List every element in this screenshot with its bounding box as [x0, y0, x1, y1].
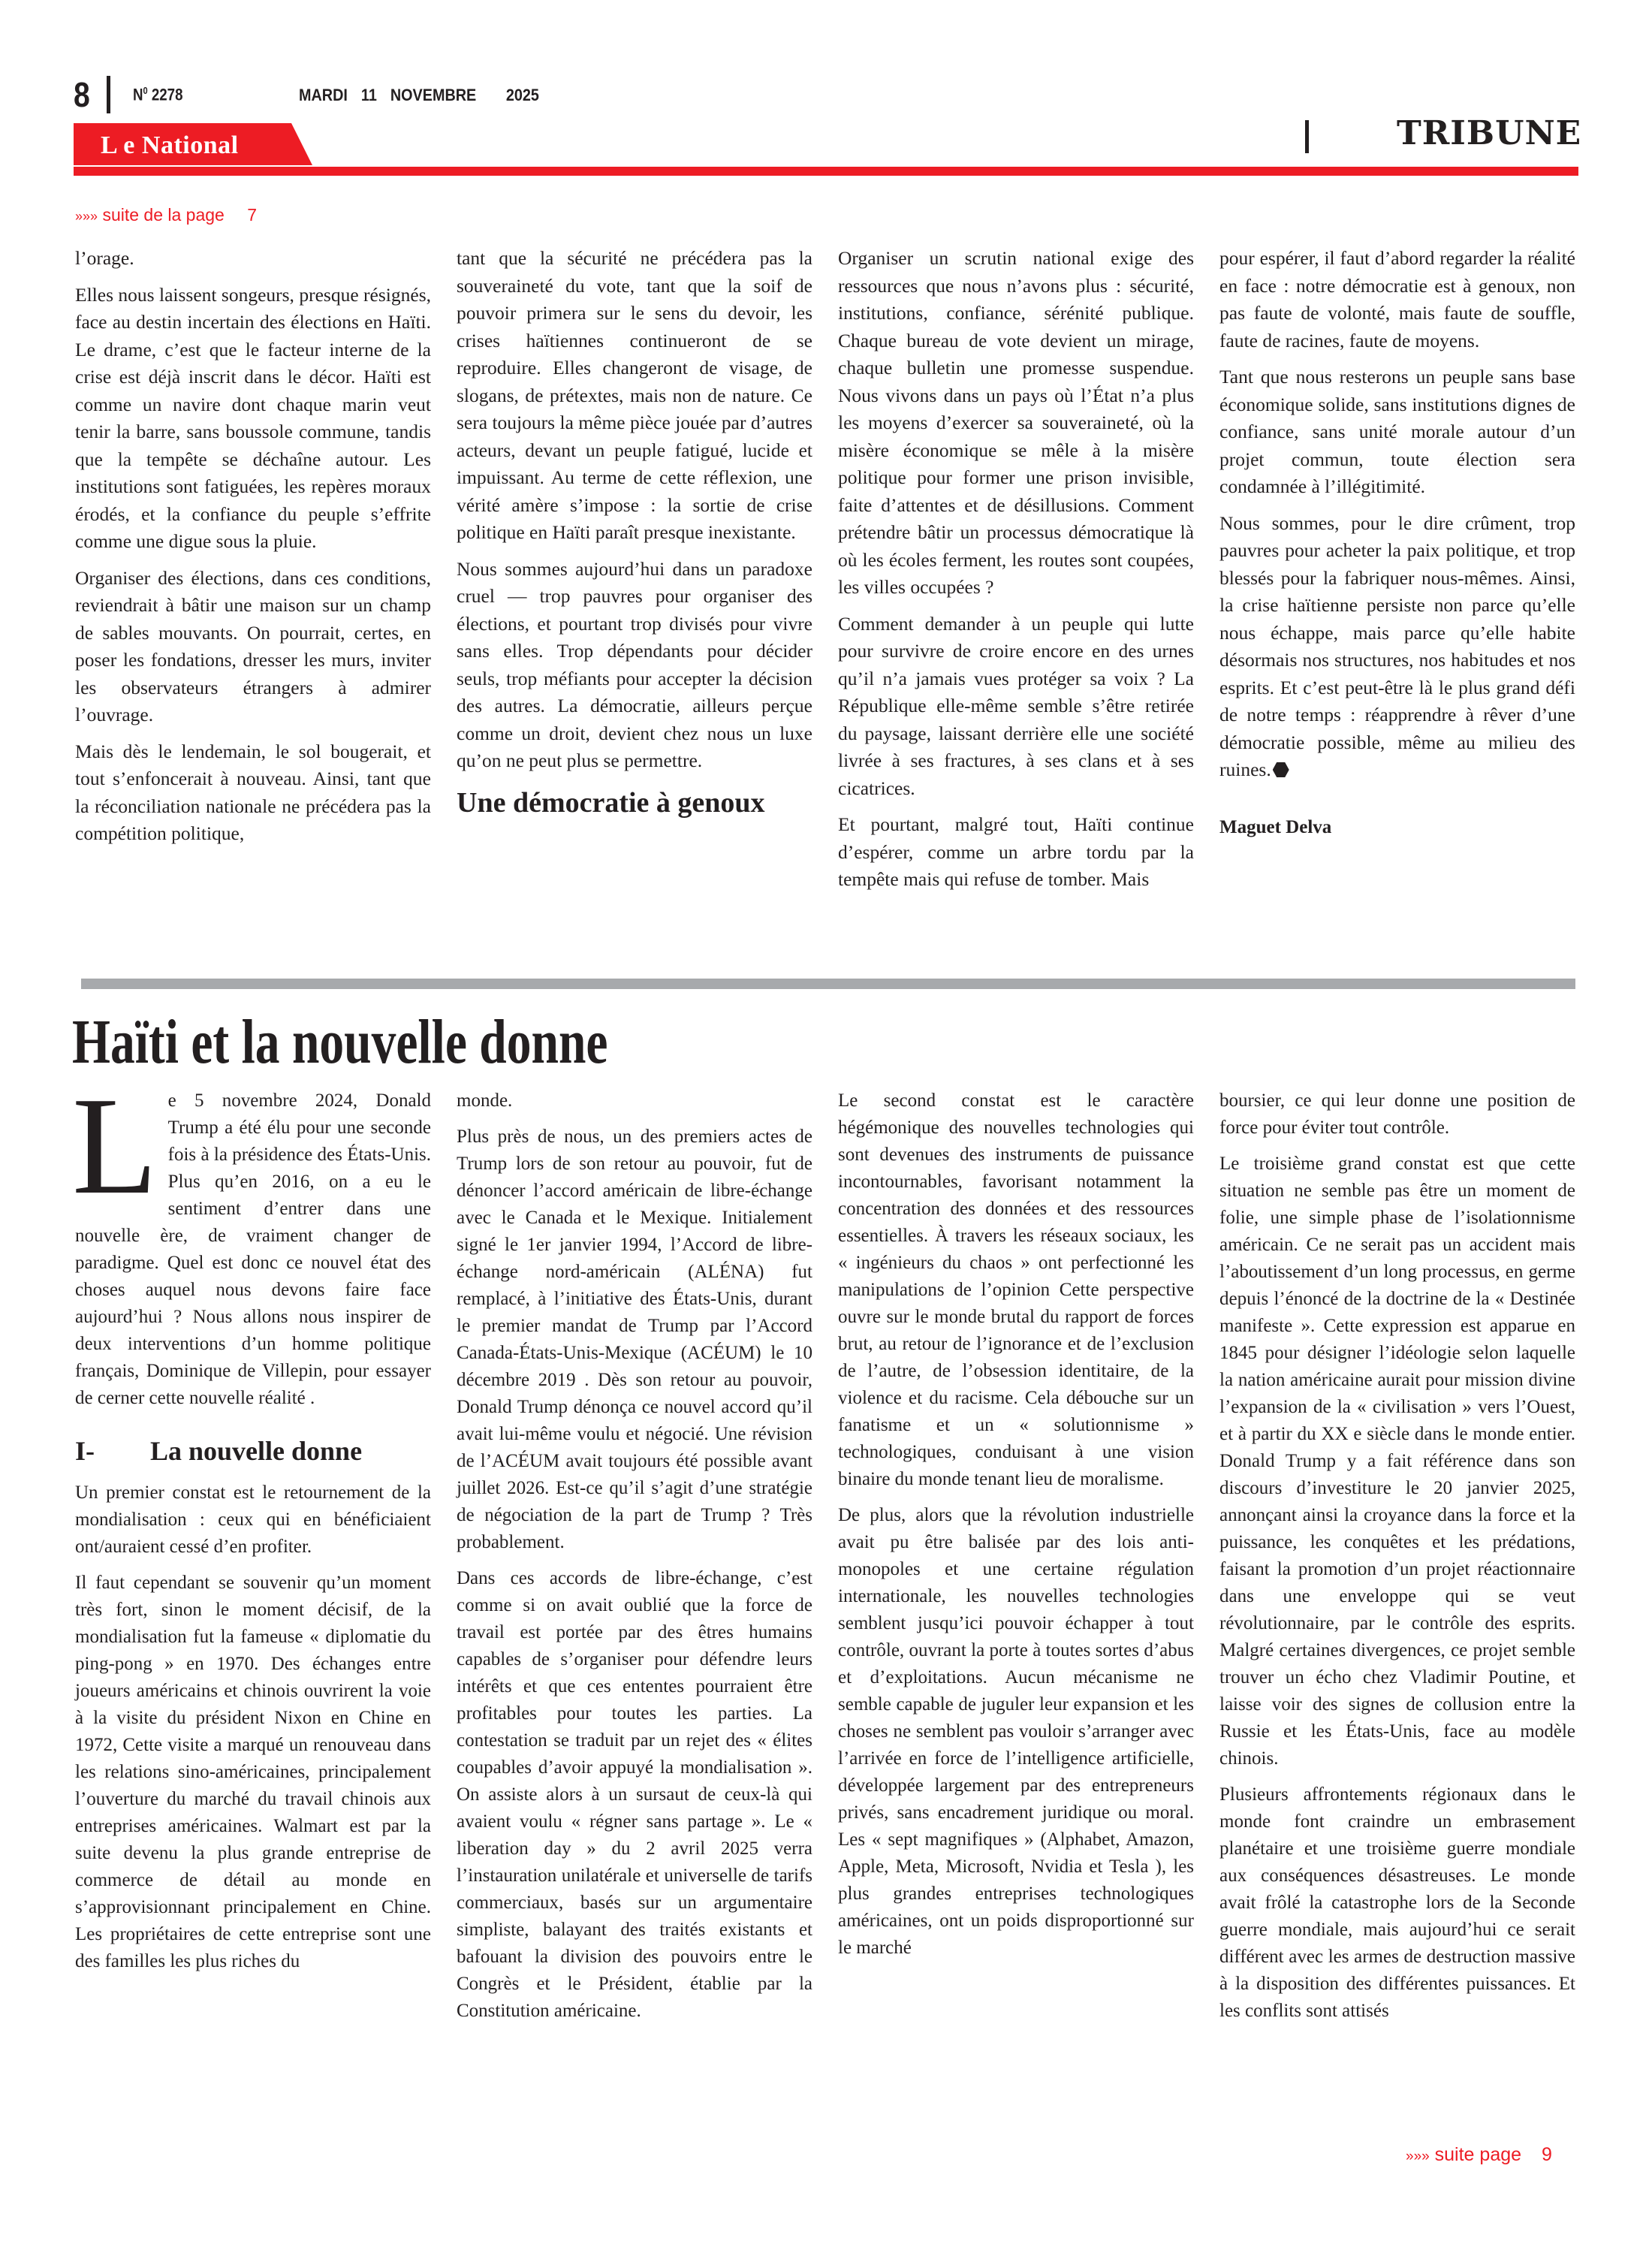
header-red-rule	[74, 167, 1578, 176]
subheading: Une démocratie à genoux	[457, 786, 812, 820]
paragraph: Organiser des élections, dans ces condit…	[75, 565, 431, 729]
divider	[107, 76, 110, 113]
paragraph: Plusieurs affrontements régionaux dans l…	[1219, 1781, 1575, 2025]
paragraph: monde.	[457, 1087, 812, 1114]
section-heading: I- La nouvelle donne	[75, 1434, 431, 1467]
paragraph-last: Nous sommes, pour le dire crûment, trop …	[1219, 510, 1575, 784]
article-column-3: Organiser un scrutin national exige des …	[838, 245, 1194, 903]
paragraph: De plus, alors que la révolution industr…	[838, 1502, 1194, 1962]
date-month: NOVEMBRE	[390, 86, 476, 105]
paragraph: Organiser un scrutin national exige des …	[838, 245, 1194, 602]
paragraph: Un premier constat est le retournement d…	[75, 1479, 431, 1561]
date-day: 11	[361, 86, 377, 105]
issue-number: N0 2278	[133, 85, 182, 104]
paragraph: Mais dès le lendemain, le sol bougerait,…	[75, 738, 431, 848]
page-ref: 9	[1542, 2144, 1552, 2165]
article-column-4: boursier, ce qui leur donne une position…	[1219, 1087, 1575, 2034]
paragraph: Comment demander à un peuple qui lutte p…	[838, 611, 1194, 803]
paragraph: Plus près de nous, un des premiers actes…	[457, 1123, 812, 1556]
arrows-icon: »»»	[1406, 2149, 1430, 2164]
paragraph: pour espérer, il faut d’abord regarder l…	[1219, 245, 1575, 354]
article-column-2: monde. Plus près de nous, un des premier…	[457, 1087, 812, 2034]
page-number: 8	[74, 77, 93, 112]
end-of-article-icon	[1273, 762, 1289, 777]
section-number: I-	[75, 1434, 150, 1467]
article-separator	[81, 979, 1575, 989]
paragraph: boursier, ce qui leur donne une position…	[1219, 1087, 1575, 1142]
masthead-top: 8 N0 2278	[74, 72, 191, 117]
paragraph: Il faut cependant se souvenir qu’un mome…	[75, 1570, 431, 1975]
section-title: TRIBUNE	[1397, 114, 1581, 152]
date-year: 2025	[506, 86, 539, 105]
continued-to-link[interactable]: »»» suite page 9	[1406, 2144, 1552, 2166]
continued-from-link[interactable]: »»» suite de la page 7	[75, 205, 257, 225]
issue-date: MARDI 11 NOVEMBRE 2025	[299, 86, 539, 105]
paragraph: tant que la sécurité ne précédera pas la…	[457, 245, 812, 547]
drop-cap: L	[72, 1095, 158, 1200]
article-column-2: tant que la sécurité ne précédera pas la…	[457, 245, 812, 820]
page-ref: 7	[247, 205, 257, 225]
paragraph: Tant que nous resterons un peuple sans b…	[1219, 363, 1575, 501]
paragraph: Le troisième grand constat est que cette…	[1219, 1151, 1575, 1772]
article-column-4: pour espérer, il faut d’abord regarder l…	[1219, 245, 1575, 841]
brand-tab: L e National	[74, 123, 312, 165]
paragraph: Le second constat est le caractère hégém…	[838, 1087, 1194, 1493]
divider	[1305, 120, 1309, 153]
section-heading-text: La nouvelle donne	[150, 1434, 362, 1467]
date-day-name: MARDI	[299, 86, 348, 105]
paragraph: Dans ces accords de libre-échange, c’est…	[457, 1565, 812, 2025]
paragraph: Nous sommes aujourd’hui dans un paradoxe…	[457, 556, 812, 775]
article-column-3: Le second constat est le caractère hégém…	[838, 1087, 1194, 1971]
paragraph: Et pourtant, malgré tout, Haïti continue…	[838, 811, 1194, 894]
paragraph: l’orage.	[75, 245, 431, 273]
author-byline: Maguet Delva	[1219, 814, 1575, 842]
article-column-1: Le 5 novembre 2024, Donald Trump a été é…	[75, 1087, 431, 1984]
article-column-1: l’orage. Elles nous laissent songeurs, p…	[75, 245, 431, 857]
intro-paragraph: Le 5 novembre 2024, Donald Trump a été é…	[75, 1087, 431, 1412]
paragraph: Elles nous laissent songeurs, presque ré…	[75, 282, 431, 556]
brand-logo: L e National	[101, 131, 239, 160]
arrows-icon: »»»	[75, 209, 98, 224]
